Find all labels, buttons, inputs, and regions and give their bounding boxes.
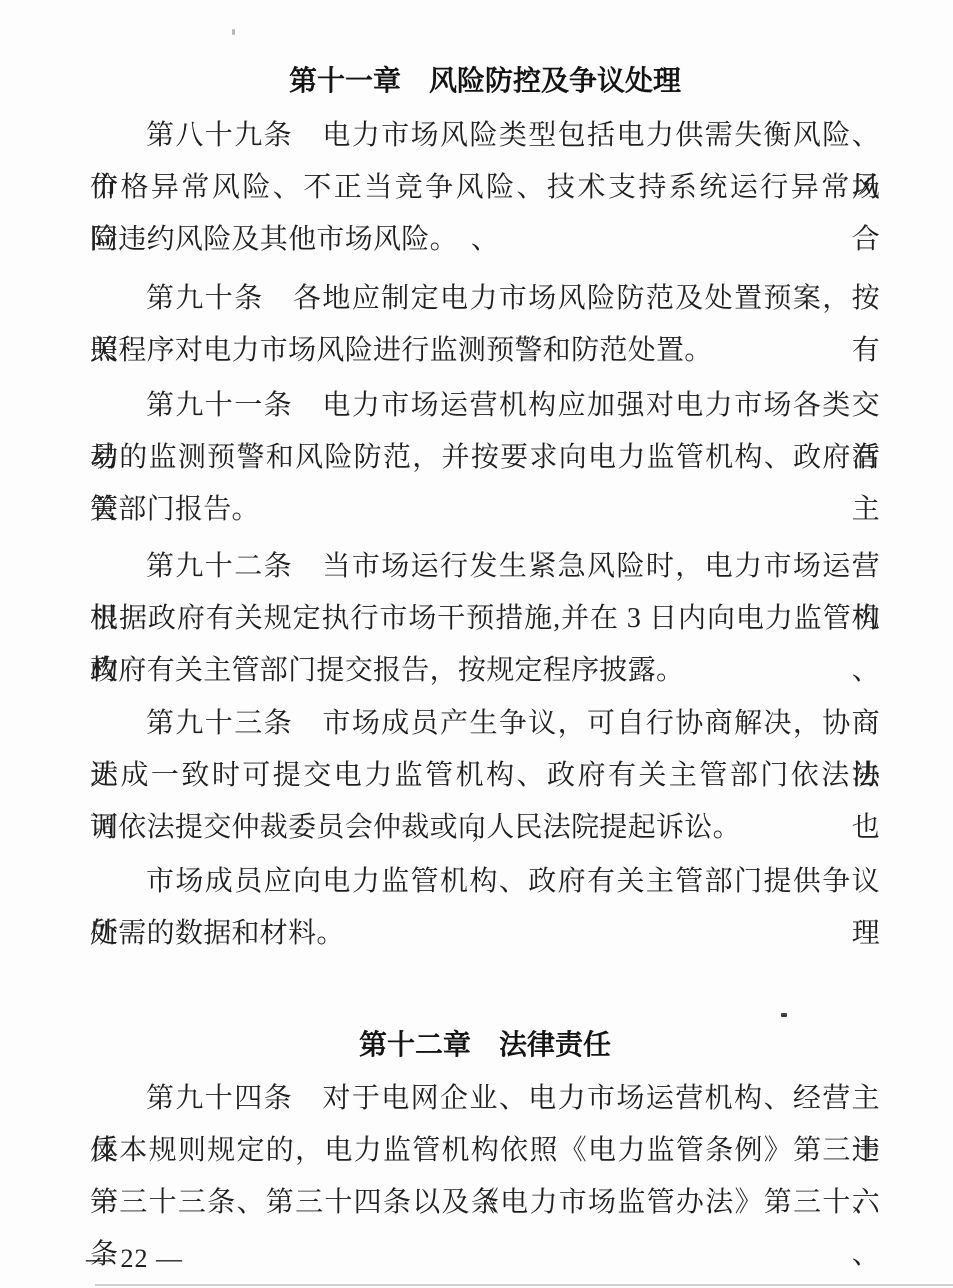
article-91: 第九十一条 电力市场运营机构应加强对电力市场各类交易活 动的监测预警和风险防范，…	[90, 380, 880, 536]
document-page: 第十一章 风险防控及争议处理 第八十九条 电力市场风险类型包括电力供需失衡风险、…	[0, 0, 953, 1288]
article-89-line-2: 价格异常风险、不正当竞争风险、技术支持系统运行异常风险、合	[90, 162, 880, 214]
article-94: 第九十四条 对于电网企业、电力市场运营机构、经营主体违 反本规则规定的，电力监管…	[90, 1073, 880, 1229]
article-90: 第九十条 各地应制定电力市场风险防范及处置预案，按照有 关程序对电力市场风险进行…	[90, 273, 880, 377]
article-93-para2-line-1: 市场成员应向电力监管机构、政府有关主管部门提供争议处理	[90, 856, 880, 908]
chapter-11-heading: 第十一章 风险防控及争议处理	[90, 58, 880, 104]
article-93-line-1: 第九十三条 市场成员产生争议，可自行协商解决，协商无法	[90, 698, 880, 750]
chapter-12-heading: 第十二章 法律责任	[90, 1024, 880, 1066]
article-89-line-1: 第八十九条 电力市场风险类型包括电力供需失衡风险、市场	[90, 110, 880, 162]
article-92: 第九十二条 当市场运行发生紧急风险时，电力市场运营机构 根据政府有关规定执行市场…	[90, 541, 880, 697]
article-94-line-1: 第九十四条 对于电网企业、电力市场运营机构、经营主体违	[90, 1073, 880, 1125]
article-92-line-2: 根据政府有关规定执行市场干预措施,并在 3 日内向电力监管机构、	[90, 593, 880, 645]
article-90-line-1: 第九十条 各地应制定电力市场风险防范及处置预案，按照有	[90, 273, 880, 325]
article-89: 第八十九条 电力市场风险类型包括电力供需失衡风险、市场 价格异常风险、不正当竞争…	[90, 110, 880, 266]
scan-artifact-dot-mid	[781, 1013, 787, 1017]
article-91-line-2: 动的监测预警和风险防范，并按要求向电力监管机构、政府有关主	[90, 432, 880, 484]
article-93: 第九十三条 市场成员产生争议，可自行协商解决，协商无法 达成一致时可提交电力监管…	[90, 698, 880, 854]
article-93-paragraph-2: 市场成员应向电力监管机构、政府有关主管部门提供争议处理 所需的数据和材料。	[90, 856, 880, 960]
article-91-line-1: 第九十一条 电力市场运营机构应加强对电力市场各类交易活	[90, 380, 880, 432]
page-number: — 22 —	[86, 1243, 183, 1275]
scan-artifact-dot-top	[232, 29, 235, 35]
article-92-line-1: 第九十二条 当市场运行发生紧急风险时，电力市场运营机构	[90, 541, 880, 593]
article-94-line-2: 反本规则规定的，电力监管机构依照《电力监管条例》第三十一条、	[90, 1125, 880, 1177]
page-bottom-scan-line	[95, 1284, 953, 1286]
article-93-line-2: 达成一致时可提交电力监管机构、政府有关主管部门依法协调，也	[90, 750, 880, 802]
article-94-line-3: 第三十三条、第三十四条以及《电力市场监管办法》第三十六条、	[90, 1177, 880, 1229]
